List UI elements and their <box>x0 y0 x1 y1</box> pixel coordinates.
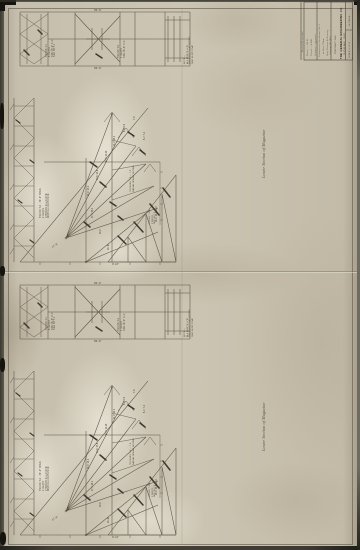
annotation: 99'-6" <box>94 67 102 70</box>
annotation: 16-0 15-2 <box>88 186 91 196</box>
annotation: 9'-10" <box>112 263 119 266</box>
annotation: 8-2 7-4 <box>144 405 147 413</box>
annotation: 7-8 <box>134 117 137 120</box>
annotation: 99'-6" <box>94 9 102 12</box>
annotation: NOTE— ALL RIVETS ⅞"Ø FIELD BOLTS AS NOTE… <box>184 37 194 65</box>
scanned-drawing-sheet: 99'-6"99'-6"TRUSS T-1 6 REQ'D SPA 16'-0"… <box>0 0 360 550</box>
annotation: TRUSS T-2 4 REQ'D SPA 16'-0" C-C <box>118 313 126 331</box>
edge-mark <box>0 266 5 276</box>
annotation: 14-6 13-8 <box>97 443 100 453</box>
annotation: Lower Section of Magazine <box>262 403 267 451</box>
annotation: 19-10 <box>108 244 111 250</box>
annotation: 47'-6" <box>52 516 59 522</box>
annotation: 47'-6" <box>52 243 59 249</box>
edge-mark <box>0 358 5 372</box>
annotation: SCALE ⅛"=1'-0" <box>349 41 351 58</box>
annotation: 9-4 8-6 <box>124 124 127 132</box>
bottom-photo-edge <box>0 546 360 550</box>
annotation: 11-0 10-2 <box>114 409 117 419</box>
annotation: 7-8 <box>134 390 137 393</box>
annotation: 12-9 11-10 <box>106 151 109 162</box>
annotation: 17-3 18-1 <box>92 481 95 491</box>
annotation: Drawing № 7061 <box>330 36 333 55</box>
annotation: TRUSS T-3 · 70'-0" SPAN 2 REQ'D CHORDS 2… <box>40 461 51 491</box>
annotation: № 7061-A <box>349 16 351 26</box>
annotation: TRUSSES T-4 — T-9 RADIAL SPA AS SHOWN <box>130 165 135 192</box>
annotation: 17-3 18-1 <box>92 208 95 218</box>
annotation: 9-4 8-6 <box>124 397 127 405</box>
annotation: Drawn — J.M.H. <box>307 39 310 56</box>
top-photo-edge <box>0 0 360 2</box>
annotation: 14-6 13-8 <box>97 170 100 180</box>
annotation: 12-9 11-10 <box>106 424 109 435</box>
annotation: 9'-10" <box>112 536 119 539</box>
annotation: TRUSS T-1 6 REQ'D SPA 16'-0" C-C SEE SHT… <box>46 39 57 57</box>
horizontal-crease-highlight <box>4 272 357 273</box>
annotation: 19-10 <box>108 517 111 523</box>
annotation: 99'-6" <box>94 282 102 285</box>
annotation: Checked — approved <box>315 35 318 57</box>
annotation: 99'-6" <box>94 340 102 343</box>
annotation: THE GENERAL ENGINEERING CO. <box>340 7 343 59</box>
annotation: TRUSS T-3 · 70'-0" SPAN 2 REQ'D CHORDS 2… <box>40 188 51 218</box>
annotation: 16-0 15-2 <box>88 459 91 469</box>
annotation: CLEVELAND · OHIO <box>344 33 347 55</box>
annotation: TRUSSES T-4 — T-9 RADIAL SPA AS SHOWN <box>130 438 135 465</box>
edge-mark <box>0 532 6 545</box>
annotation: 11-0 10-2 <box>114 136 117 146</box>
annotation: Received & recorded <box>302 32 305 52</box>
annotation-layer: 99'-6"99'-6"TRUSS T-1 6 REQ'D SPA 16'-0"… <box>0 0 360 550</box>
annotation: TRUSS T-2 4 REQ'D SPA 16'-0" C-C <box>118 40 126 58</box>
annotation: TRUSS T-1 6 REQ'D SPA 16'-0" C-C SEE SHT… <box>46 312 57 330</box>
annotation: Traced — W.R.K. <box>311 39 314 56</box>
annotation: CONTRACT 1142 <box>335 35 338 54</box>
edge-mark <box>0 103 4 129</box>
annotation: Lower Section of Magazine <box>262 130 267 178</box>
annotation: 8-2 7-4 <box>144 132 147 140</box>
annotation: 16-0 16-0 16-0 <box>156 479 159 495</box>
annotation: 19-0 <box>100 503 103 507</box>
annotation: 19-0 <box>100 230 103 234</box>
annotation: 16-0 16-0 16-0 <box>156 206 159 222</box>
annotation: NOTE— ALL RIVETS ⅞"Ø FIELD BOLTS AS NOTE… <box>184 310 194 338</box>
